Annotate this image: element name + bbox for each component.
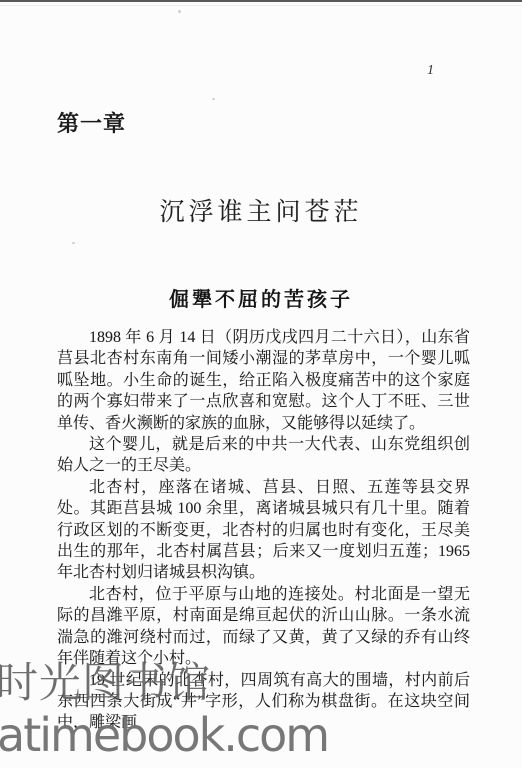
chapter-label: 第一章 xyxy=(57,107,126,138)
scan-speck xyxy=(72,242,75,244)
watermark-site-url: atimebook.com xyxy=(0,710,328,761)
scan-edge-bar xyxy=(0,0,522,2)
scan-speck xyxy=(178,10,181,13)
body-paragraph: 1898 年 6 月 14 日（阴历戊戌四月二十六日），山东省莒县北杏村东南角一… xyxy=(57,327,470,434)
scan-speck xyxy=(212,98,215,100)
body-paragraph: 这个婴儿，就是后来的中共一大代表、山东党组织创始人之一的王尽美。 xyxy=(57,434,470,477)
scan-edge-line xyxy=(0,5,522,6)
page-number: 1 xyxy=(427,63,434,79)
body-paragraph: 北杏村，位于平原与山地的连接处。村北面是一望无际的昌潍平原，村南面是绵亘起伏的沂… xyxy=(57,584,470,670)
section-heading: 倔犟不屈的苦孩子 xyxy=(0,283,522,312)
chapter-title: 沉浮谁主问苍茫 xyxy=(0,192,522,228)
scanned-book-page: 1 第一章 沉浮谁主问苍茫 倔犟不屈的苦孩子 1898 年 6 月 14 日（阴… xyxy=(0,0,522,768)
body-paragraph: 北杏村，座落在诸城、莒县、日照、五莲等县交界处。其距莒县城 100 余里，离诸城… xyxy=(57,477,470,584)
watermark-site-name: 时光图书馆 xyxy=(0,660,211,706)
